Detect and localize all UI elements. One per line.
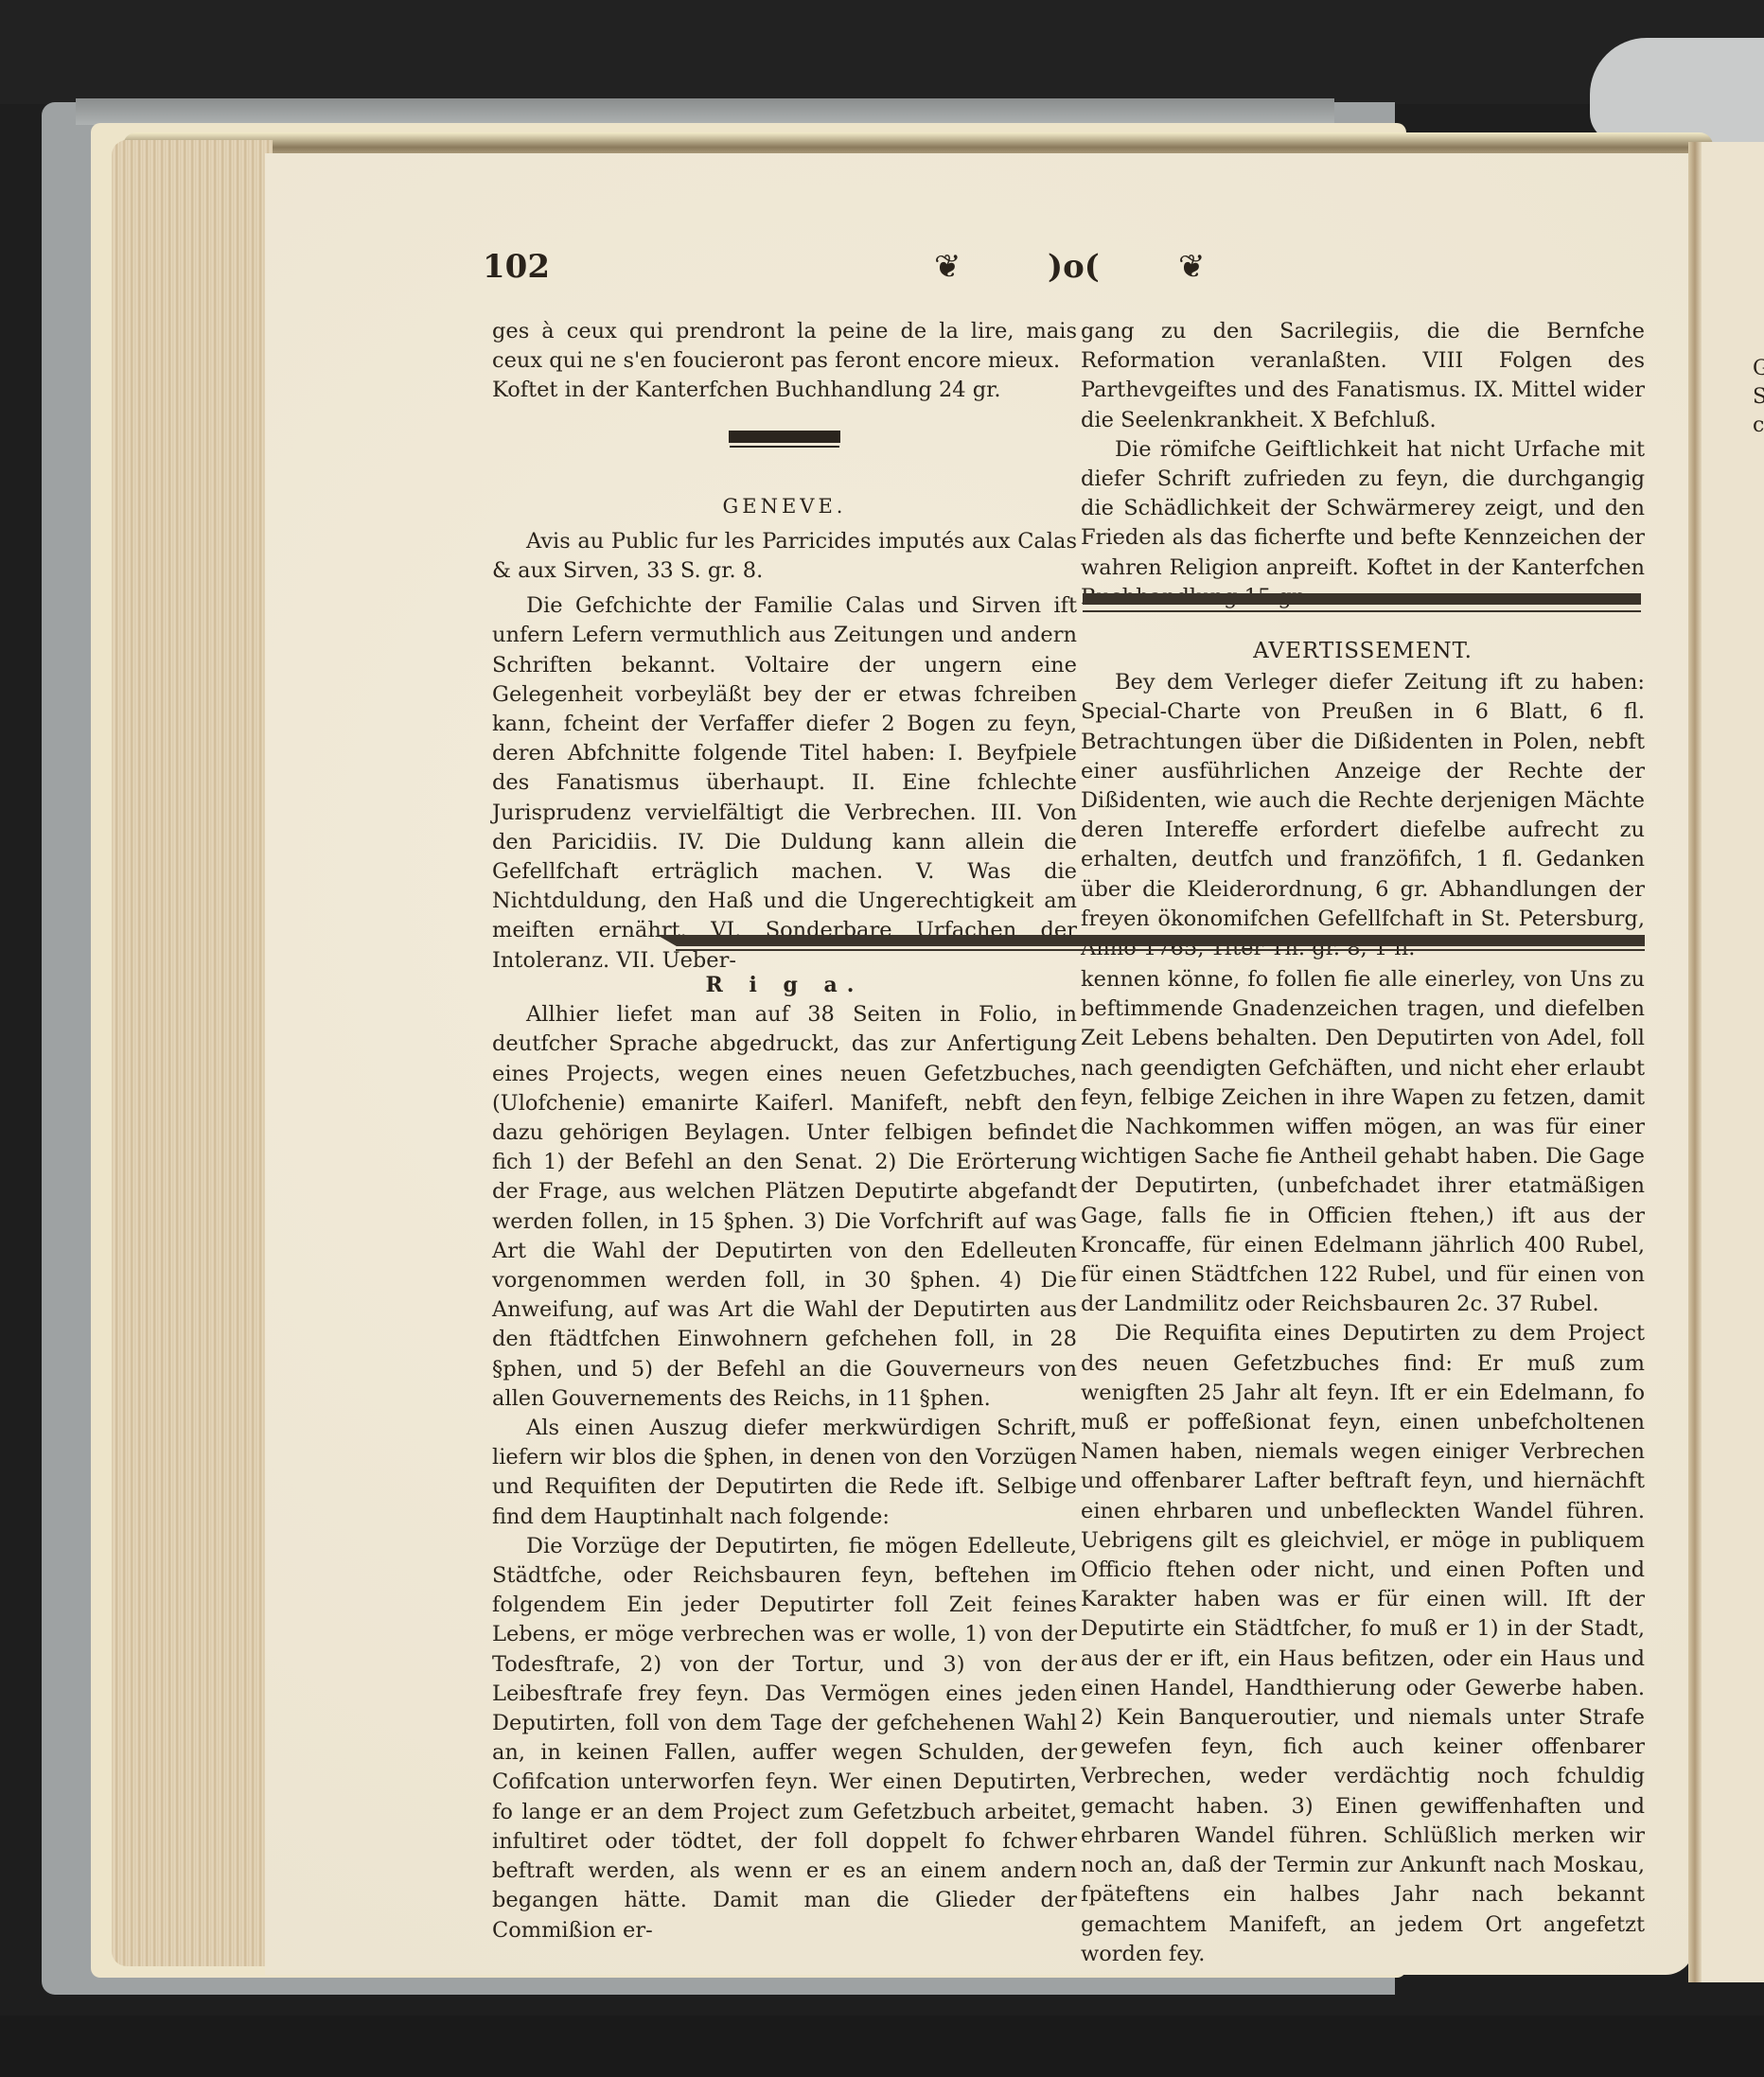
continuation-text: gang zu den Sacrilegiis, die die Bernfch…: [1081, 317, 1645, 435]
riga-paragraph-1: Allhier liefet man auf 38 Seiten in Foli…: [492, 1000, 1077, 1414]
riga-continuation: kennen könne, fo follen fie alle einerle…: [1081, 965, 1645, 1319]
riga-paragraph-3: Die Vorzüge der Deputirten, fie mögen Ed…: [492, 1532, 1077, 1945]
section-divider: [729, 431, 840, 443]
advert-body: Bey dem Verleger diefer Zeitung ift zu h…: [1081, 668, 1645, 963]
facing-page-fragments-upper: G S c K d t n r d u S A S a L S Q v t n …: [1753, 355, 1764, 440]
left-column-bottom: R i g a. Allhier liefet man auf 38 Seite…: [492, 965, 1077, 1945]
advert-divider: [1083, 593, 1641, 605]
full-width-divider: [657, 935, 1645, 946]
review-body: Die Gefchichte der Familie Calas und Sir…: [492, 591, 1077, 976]
book-title-entry: Avis au Public fur les Parricides imputé…: [492, 527, 1077, 586]
center-mark-icon: )o(: [1048, 248, 1100, 286]
review-paragraph: Die römifche Geiftlichkeit hat nicht Urf…: [1081, 435, 1645, 612]
requisita-paragraph: Die Requifita eines Deputirten zu dem Pr…: [1081, 1319, 1645, 1968]
dark-backdrop: [0, 0, 1764, 104]
section-heading-riga: R i g a.: [492, 971, 1077, 1000]
bookmark-ribbon: [1590, 38, 1764, 142]
page-number: 102: [483, 248, 550, 286]
shell-ornament-icon: ❦: [1178, 248, 1206, 286]
price-line: Koftet in der Kanterfchen Buchhandlung 2…: [492, 376, 1077, 405]
section-heading-geneve: GENEVE.: [492, 492, 1077, 521]
dark-backdrop-bottom: [0, 2015, 1764, 2077]
book-gutter: [1688, 142, 1702, 1982]
advert-divider-thin: [1083, 610, 1641, 612]
shell-ornament-icon: ❦: [934, 248, 961, 286]
right-column-top: gang zu den Sacrilegiis, die die Bernfch…: [1081, 317, 1645, 963]
left-column-top: ges à ceux qui prendront la peine de la …: [492, 317, 1077, 976]
riga-paragraph-2: Als einen Auszug diefer merkwürdigen Sch…: [492, 1414, 1077, 1532]
page-edges: [112, 140, 273, 1966]
continuation-text: ges à ceux qui prendront la peine de la …: [492, 317, 1077, 376]
right-column-bottom: kennen könne, fo follen fie alle einerle…: [1081, 965, 1645, 1969]
running-head: 102 ❦ )o( ❦: [483, 248, 1647, 295]
facing-page-text: G S c K d t n r d u S A S a L S Q v t n …: [1753, 355, 1764, 440]
cover-binding-strip: [76, 98, 1334, 125]
full-width-divider-thin: [676, 949, 1645, 951]
advert-heading: AVERTISSEMENT.: [1081, 637, 1645, 666]
